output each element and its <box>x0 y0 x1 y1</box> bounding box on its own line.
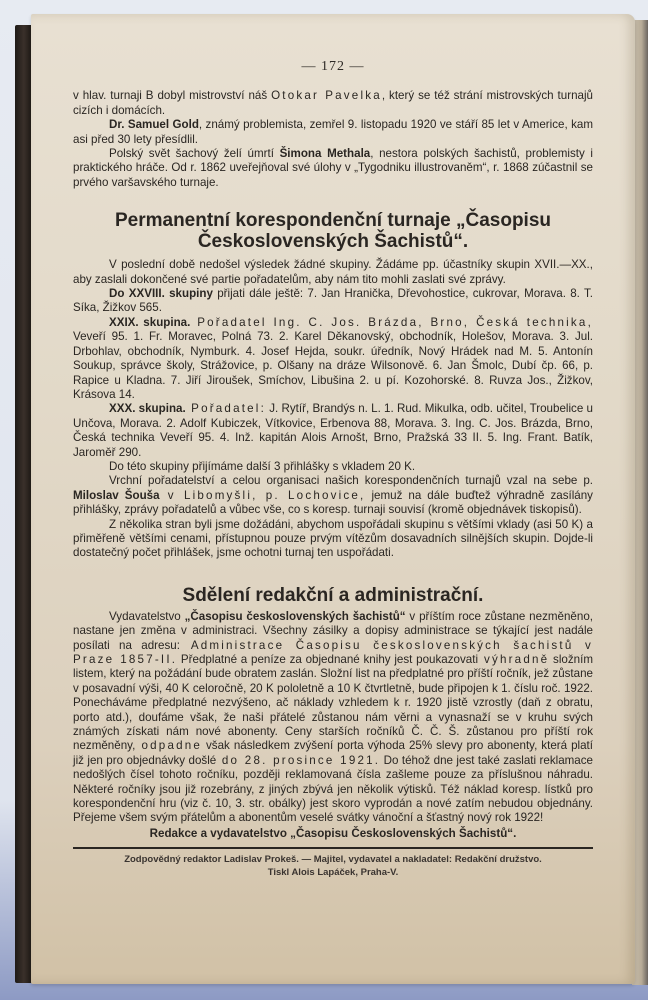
imprint: Zodpovědný redaktor Ladislav Prokeš. — M… <box>73 853 593 879</box>
emphasis: výhradně <box>478 653 549 666</box>
section1-paragraph-2: Do XXVIII. skupiny přijati dále ještě: 7… <box>73 287 593 316</box>
section2-paragraph-1: Vydavatelstvo „Časopisu československých… <box>73 610 593 826</box>
organizer: Pořadatel Ing. C. Jos. Brázda, Brno, Čes… <box>190 316 593 329</box>
person-name: Šimona Methala <box>280 147 371 160</box>
intro-paragraph-1: v hlav. turnaji B dobyl mistrovství náš … <box>73 89 593 118</box>
group-label: Do XXVIII. skupiny <box>109 287 213 300</box>
section1-paragraph-1: V poslední době nedošel výsledek žádné s… <box>73 258 593 287</box>
publication-name: „Časopisu československých šachistů“ <box>185 610 406 623</box>
section1-paragraph-6: Vrchní pořadatelství a celou organisaci … <box>73 474 593 517</box>
emphasis: odpadne <box>135 739 202 752</box>
group-label: XXX. skupina. <box>109 402 186 415</box>
person-name: Dr. Samuel Gold <box>109 118 199 131</box>
signature: Redakce a vydavatelstvo „Časopisu Českos… <box>73 827 593 841</box>
place: v Libomyšli, p. Lochovice, <box>160 489 366 502</box>
emphasis: do 28. prosince 1921. <box>216 754 380 767</box>
text: v hlav. turnaji B dobyl mistrovství náš <box>73 89 271 102</box>
person-name: Otokar Pavelka <box>271 89 382 102</box>
intro-paragraph-3: Polský svět šachový želí úmrtí Šimona Me… <box>73 147 593 190</box>
text: Polský svět šachový želí úmrtí <box>109 147 280 160</box>
group-label: XXIX. skupina. <box>109 316 190 329</box>
section1-paragraph-4: XXX. skupina. Pořadatel: J. Rytíř, Brand… <box>73 402 593 460</box>
section-heading-editorial: Sdělení redakční a administrační. <box>73 585 593 606</box>
heading-line: Československých Šachistů“. <box>198 231 468 252</box>
page-number: — 172 — <box>73 60 593 74</box>
text: Vrchní pořadatelství a celou organisaci … <box>109 474 593 487</box>
section1-paragraph-7: Z několika stran byli jsme dožádáni, aby… <box>73 518 593 561</box>
organizer-label: Pořadatel: <box>186 402 266 415</box>
heading-line: Permanentní korespondenční turnaje „Časo… <box>115 210 551 231</box>
divider-rule <box>73 847 593 849</box>
imprint-line-1: Zodpovědný redaktor Ladislav Prokeš. — M… <box>73 853 593 866</box>
text: Předplatné a peníze za objednané knihy j… <box>177 653 478 666</box>
imprint-line-2: Tiskl Alois Lapáček, Praha-V. <box>73 866 593 879</box>
section-heading-correspondence: Permanentní korespondenční turnaje „Časo… <box>73 210 593 252</box>
text: Veveří 95. 1. Fr. Moravec, Polná 73. 2. … <box>73 330 593 401</box>
section1-paragraph-5: Do této skupiny přijímáme další 3 přihlá… <box>73 460 593 474</box>
intro-paragraph-2: Dr. Samuel Gold, známý problemista, zemř… <box>73 118 593 147</box>
text: složním listem, který na požádání bude o… <box>73 653 593 752</box>
section1-paragraph-3: XXIX. skupina. Pořadatel Ing. C. Jos. Br… <box>73 316 593 402</box>
text: Vydavatelstvo <box>109 610 185 623</box>
person-name: Miloslav Šouša <box>73 489 160 502</box>
page-content: — 172 — v hlav. turnaji B dobyl mistrovs… <box>73 60 593 879</box>
